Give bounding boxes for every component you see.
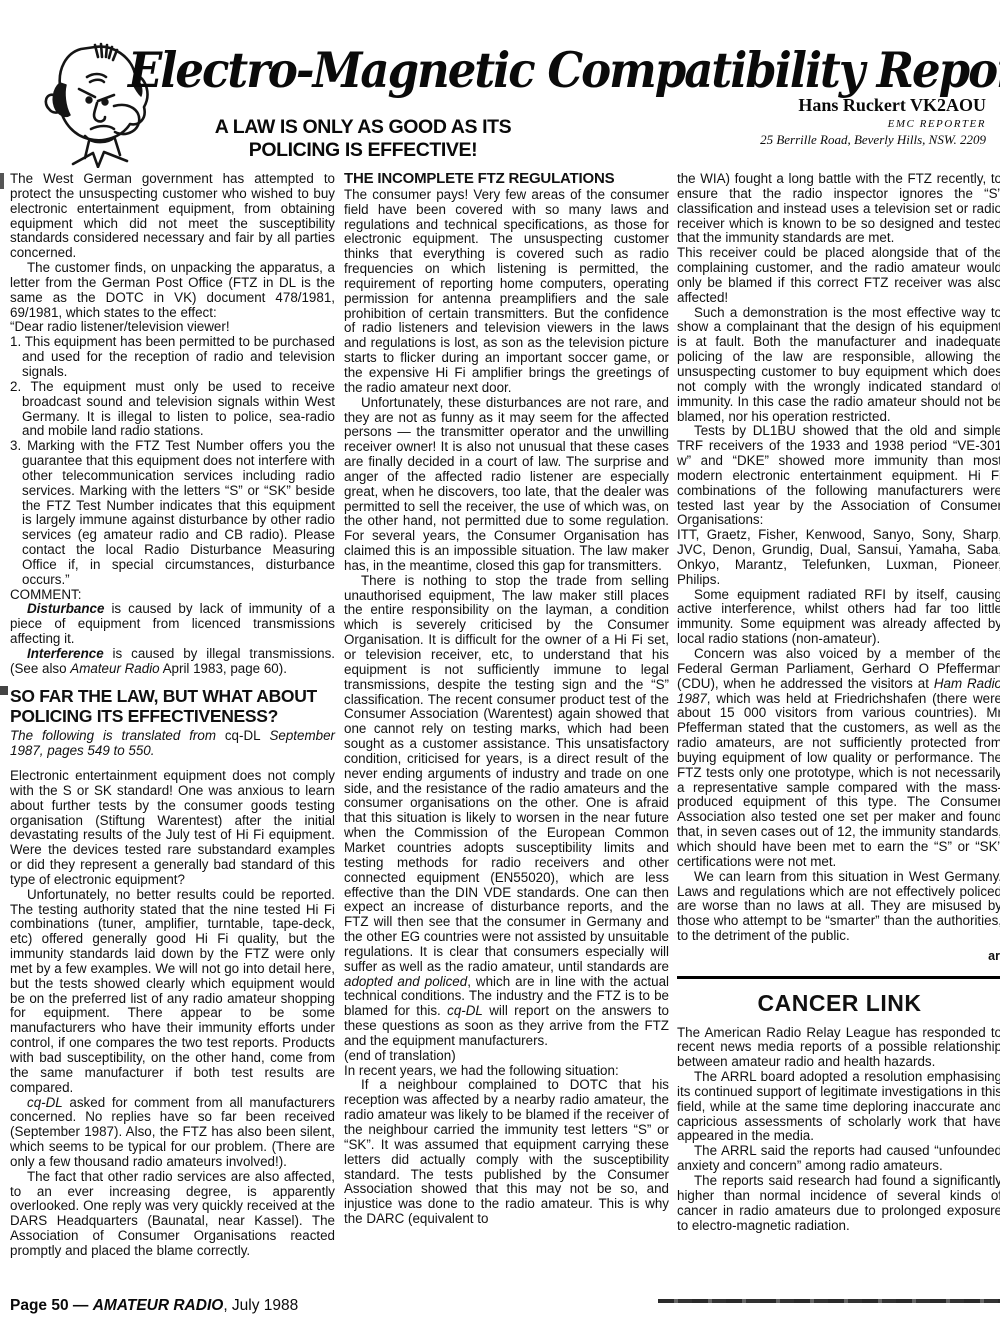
text-segment: AMATEUR RADIO	[93, 1297, 224, 1314]
magazine-page: Electro-Magnetic Compatibility Report Ha…	[0, 0, 1000, 1341]
text-segment: The customer finds, on unpacking the app…	[10, 260, 335, 320]
text-segment: This receiver could be placed alongside …	[677, 245, 1000, 305]
paragraph: “Dear radio listener/television viewer!	[10, 320, 335, 335]
text-segment: 1. This equipment has been permitted to …	[10, 334, 335, 379]
paragraph: The consumer pays! Very few areas of the…	[344, 188, 669, 396]
text-column-2: THE INCOMPLETE FTZ REGULATIONSThe consum…	[344, 172, 669, 1227]
text-segment: ar	[988, 949, 1000, 963]
scan-artifact	[0, 173, 4, 189]
paragraph: Interference is caused by illegal transm…	[10, 647, 335, 677]
text-segment: The ARRL said the reports had caused “un…	[677, 1143, 1000, 1173]
text-column-3: the WIA) fought a long battle with the F…	[677, 172, 1000, 1233]
paragraph: We can learn from this situation in West…	[677, 870, 1000, 944]
paragraph: ITT, Graetz, Fisher, Kenwood, Sanyo, Son…	[677, 528, 1000, 587]
text-segment: ITT, Graetz, Fisher, Kenwood, Sanyo, Son…	[677, 527, 1000, 587]
text-segment: There is nothing to stop the trade from …	[344, 573, 669, 974]
author-role: EMC REPORTER	[656, 118, 986, 130]
text-segment: Such a demonstration is the most effecti…	[677, 305, 1000, 424]
paragraph: The West German government has attempted…	[10, 172, 335, 261]
text-segment: Interference	[27, 646, 104, 661]
paragraph: Some equipment radiated RFI by itself, c…	[677, 588, 1000, 647]
paragraph: the WIA) fought a long battle with the F…	[677, 172, 1000, 246]
paragraph: 1. This equipment has been permitted to …	[10, 335, 335, 380]
paragraph: The ARRL board adopted a resolution emph…	[677, 1070, 1000, 1144]
paragraph: 3. Marking with the FTZ Test Number offe…	[10, 439, 335, 587]
text-segment: If a neighbour complained to DOTC that h…	[344, 1077, 669, 1226]
text-segment: Electronic entertainment equipment does …	[10, 768, 335, 887]
page-title: Electro-Magnetic Compatibility Report	[128, 42, 956, 99]
section-heading: THE INCOMPLETE FTZ REGULATIONS	[344, 172, 669, 187]
text-segment: We can learn from this situation in West…	[677, 869, 1000, 943]
text-segment: The fact that other radio services are a…	[10, 1169, 335, 1258]
section-heading: CANCER LINK	[677, 996, 1000, 1011]
text-segment: April 1983, page 60).	[160, 661, 287, 676]
text-segment: Unfortunately, these disturbances are no…	[344, 395, 669, 573]
text-segment: , July 1988	[223, 1297, 298, 1314]
text-segment: The consumer pays! Very few areas of the…	[344, 187, 669, 395]
paragraph: The American Radio Relay League has resp…	[677, 1026, 1000, 1071]
paragraph: The reports said research had found a si…	[677, 1174, 1000, 1233]
text-segment: SO FAR THE LAW, BUT WHAT ABOUT POLICING …	[10, 686, 317, 726]
paragraph: 2. The equipment must only be used to re…	[10, 380, 335, 439]
text-segment: Amateur Radio	[70, 661, 159, 676]
paragraph: The fact that other radio services are a…	[10, 1170, 335, 1259]
paragraph: Tests by DL1BU showed that the old and s…	[677, 424, 1000, 528]
paragraph: Unfortunately, no better results could b…	[10, 888, 335, 1096]
paragraph: The ARRL said the reports had caused “un…	[677, 1144, 1000, 1174]
text-segment: Page 50 —	[10, 1297, 93, 1314]
paragraph: If a neighbour complained to DOTC that h…	[344, 1078, 669, 1226]
section-heading: SO FAR THE LAW, BUT WHAT ABOUT POLICING …	[10, 686, 335, 727]
paragraph: cq-DL asked for comment from all manufac…	[10, 1096, 335, 1170]
paragraph: This receiver could be placed alongside …	[677, 246, 1000, 305]
text-segment: Tests by DL1BU showed that the old and s…	[677, 423, 1000, 527]
text-segment: cq-DL	[225, 728, 261, 743]
paragraph: There is nothing to stop the trade from …	[344, 574, 669, 1049]
text-segment: (end of translation)	[344, 1048, 456, 1063]
author-address: 25 Berrille Road, Beverly Hills, NSW. 22…	[656, 132, 986, 148]
text-segment: “Dear radio listener/television viewer!	[10, 319, 230, 334]
paragraph: The customer finds, on unpacking the app…	[10, 261, 335, 320]
author-initials: ar	[677, 949, 1000, 964]
text-segment: Some equipment radiated RFI by itself, c…	[677, 587, 1000, 647]
scan-artifact	[0, 686, 8, 695]
article-headline: A LAW IS ONLY AS GOOD AS ITS POLICING IS…	[198, 116, 528, 162]
paragraph: The following is translated from cq-DL S…	[10, 729, 335, 759]
author-name: Hans Ruckert VK2AOU	[656, 96, 986, 116]
paragraph: (end of translation)	[344, 1049, 669, 1064]
paragraph: Concern was also voiced by a member of t…	[677, 647, 1000, 870]
text-segment: The West German government has attempted…	[10, 171, 335, 260]
text-segment: the WIA) fought a long battle with the F…	[677, 171, 1000, 245]
text-segment: cq-DL	[27, 1095, 63, 1110]
scan-artifact-bar	[658, 1299, 1000, 1303]
text-segment: 3. Marking with the FTZ Test Number offe…	[10, 438, 335, 587]
paragraph: Such a demonstration is the most effecti…	[677, 306, 1000, 425]
byline: Hans Ruckert VK2AOU EMC REPORTER 25 Berr…	[656, 96, 986, 148]
text-segment: The reports said research had found a si…	[677, 1173, 1000, 1233]
paragraph: In recent years, we had the following si…	[344, 1064, 669, 1079]
paragraph: Disturbance is caused by lack of immunit…	[10, 602, 335, 647]
section-divider	[677, 976, 1000, 979]
text-column-1: The West German government has attempted…	[10, 172, 335, 1259]
text-segment: THE INCOMPLETE FTZ REGULATIONS	[344, 170, 614, 187]
text-segment: cq-DL	[447, 1003, 483, 1018]
text-segment: The following is translated from	[10, 728, 225, 743]
paragraph: Unfortunately, these disturbances are no…	[344, 396, 669, 574]
text-segment: The American Radio Relay League has resp…	[677, 1025, 1000, 1070]
text-segment: adopted and policed	[344, 974, 467, 989]
text-segment: Unfortunately, no better results could b…	[10, 887, 335, 1095]
text-segment: Disturbance	[27, 601, 104, 616]
paragraph: Electronic entertainment equipment does …	[10, 769, 335, 888]
text-segment: The ARRL board adopted a resolution emph…	[677, 1069, 1000, 1143]
text-segment: In recent years, we had the following si…	[344, 1063, 619, 1078]
text-segment: COMMENT:	[10, 587, 81, 602]
page-footer: Page 50 — AMATEUR RADIO, July 1988	[10, 1297, 298, 1315]
text-segment: , which was held at Friedrichshafen (the…	[677, 691, 1000, 869]
text-segment: CANCER LINK	[758, 990, 922, 1016]
text-segment: 2. The equipment must only be used to re…	[10, 379, 335, 439]
paragraph: COMMENT:	[10, 588, 335, 603]
